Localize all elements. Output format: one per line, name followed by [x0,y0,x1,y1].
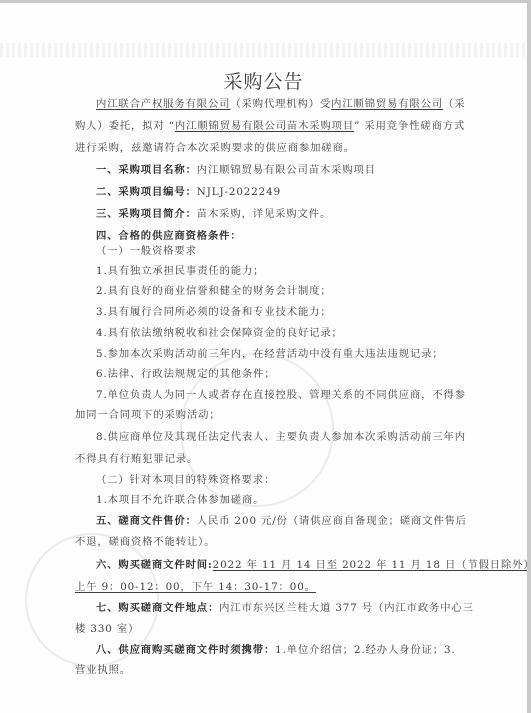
general-item: 5.参加本次采购活动前三年内，在经营活动中没有重大违法违规记录； [96,347,443,361]
scanned-page: 采购公告 内江联合产权服务有限公司（采购代理机构）受内江顺锦贸易有限公司（采 购… [0,3,527,713]
general-item: 6.法律、行政法规规定的其他条件； [96,367,443,381]
project-number: NJLJ-2022249 [197,186,281,198]
agency-name: 内江联合产权服务有限公司 [96,98,230,110]
general-item: 8.供应商单位及其现任法定代表人、主要负责人参加本次采购活动前三年内 [96,430,443,444]
purchase-address: 内江市东兴区兰桂大道 377 号（内江市政务中心三 [219,602,474,614]
general-item-continued: 不得具有行贿犯罪记录。 [75,452,443,466]
special-requirements-heading: （二）针对本项目的特殊资格要求： [96,473,443,487]
project-name: 内江顺锦贸易有限公司苗木采购项目 [175,120,354,132]
general-item: 3.具有履行合同所必须的设备和专业技术能力； [96,305,443,319]
general-item: 7.单位负责人为同一人或者存在直接控股、管理关系的不同供应商，不得参 [96,388,443,402]
section-6-continued: 上午 9：00-12：00，下午 14：30-17：00。 [75,580,443,594]
purchaser-name: 内江顺锦贸易有限公司 [331,98,443,110]
section-3: 三、采购项目简介：苗木采购，详见采购文件。 [96,207,443,221]
general-item: 4.具有依法缴纳税收和社会保障资金的良好记录； [96,326,443,340]
general-item: 2.具有良好的商业信誉和健全的财务会计制度； [96,284,443,298]
scan-artifact [0,43,527,57]
special-item: 1.本项目不允许联合体参加磋商。 [96,493,443,507]
section-7: 七、购买磋商文件地点：内江市东兴区兰桂大道 377 号（内江市政务中心三 [96,601,443,615]
intro-line-1: 内江联合产权服务有限公司（采购代理机构）受内江顺锦贸易有限公司（采 [96,97,443,111]
section-2: 二、采购项目编号：NJLJ-2022249 [96,185,443,199]
intro-line-3: 进行采购，兹邀请符合本次采购要求的供应商参加磋商。 [75,141,443,155]
section-6: 六、购买磋商文件时间:2022 年 11 月 14 日至 2022 年 11 月… [96,558,443,572]
general-item-continued: 加同一合同项下的采购活动； [75,408,443,422]
section-4: 四、合格的供应商资格条件： [96,229,443,243]
section-8: 八、供应商购买磋商文件时须携带：1.单位介绍信；2.经办人身份证；3. [96,643,443,657]
section-5: 五、磋商文件售价：人民币 200 元/份（请供应商自备现金；磋商文件售后 [96,514,443,528]
section-5-continued: 不退，磋商资格不能转让）。 [75,535,443,549]
section-7-continued: 楼 330 室） [75,622,443,636]
document-price: 人民币 200 元/份（请供应商自备现金；磋商文件售后 [197,515,467,527]
section-1: 一、采购项目名称：内江顺锦贸易有限公司苗木采购项目 [96,163,443,177]
section-8-continued: 营业执照。 [75,663,443,677]
purchase-hours: 上午 9：00-12：00，下午 14：30-17：00。 [75,581,316,593]
general-item: 1.具有独立承担民事责任的能力； [96,264,443,278]
purchase-period: 2022 年 11 月 14 日至 2022 年 11 月 18 日（节假日除外… [213,559,527,571]
page-title: 采购公告 [0,67,527,94]
general-requirements-heading: （一）一般资格要求 [96,244,443,258]
intro-line-2: 购人）委托，拟对 “内江顺锦贸易有限公司苗木采购项目” 采用竞争性磋商方式 [75,119,443,133]
